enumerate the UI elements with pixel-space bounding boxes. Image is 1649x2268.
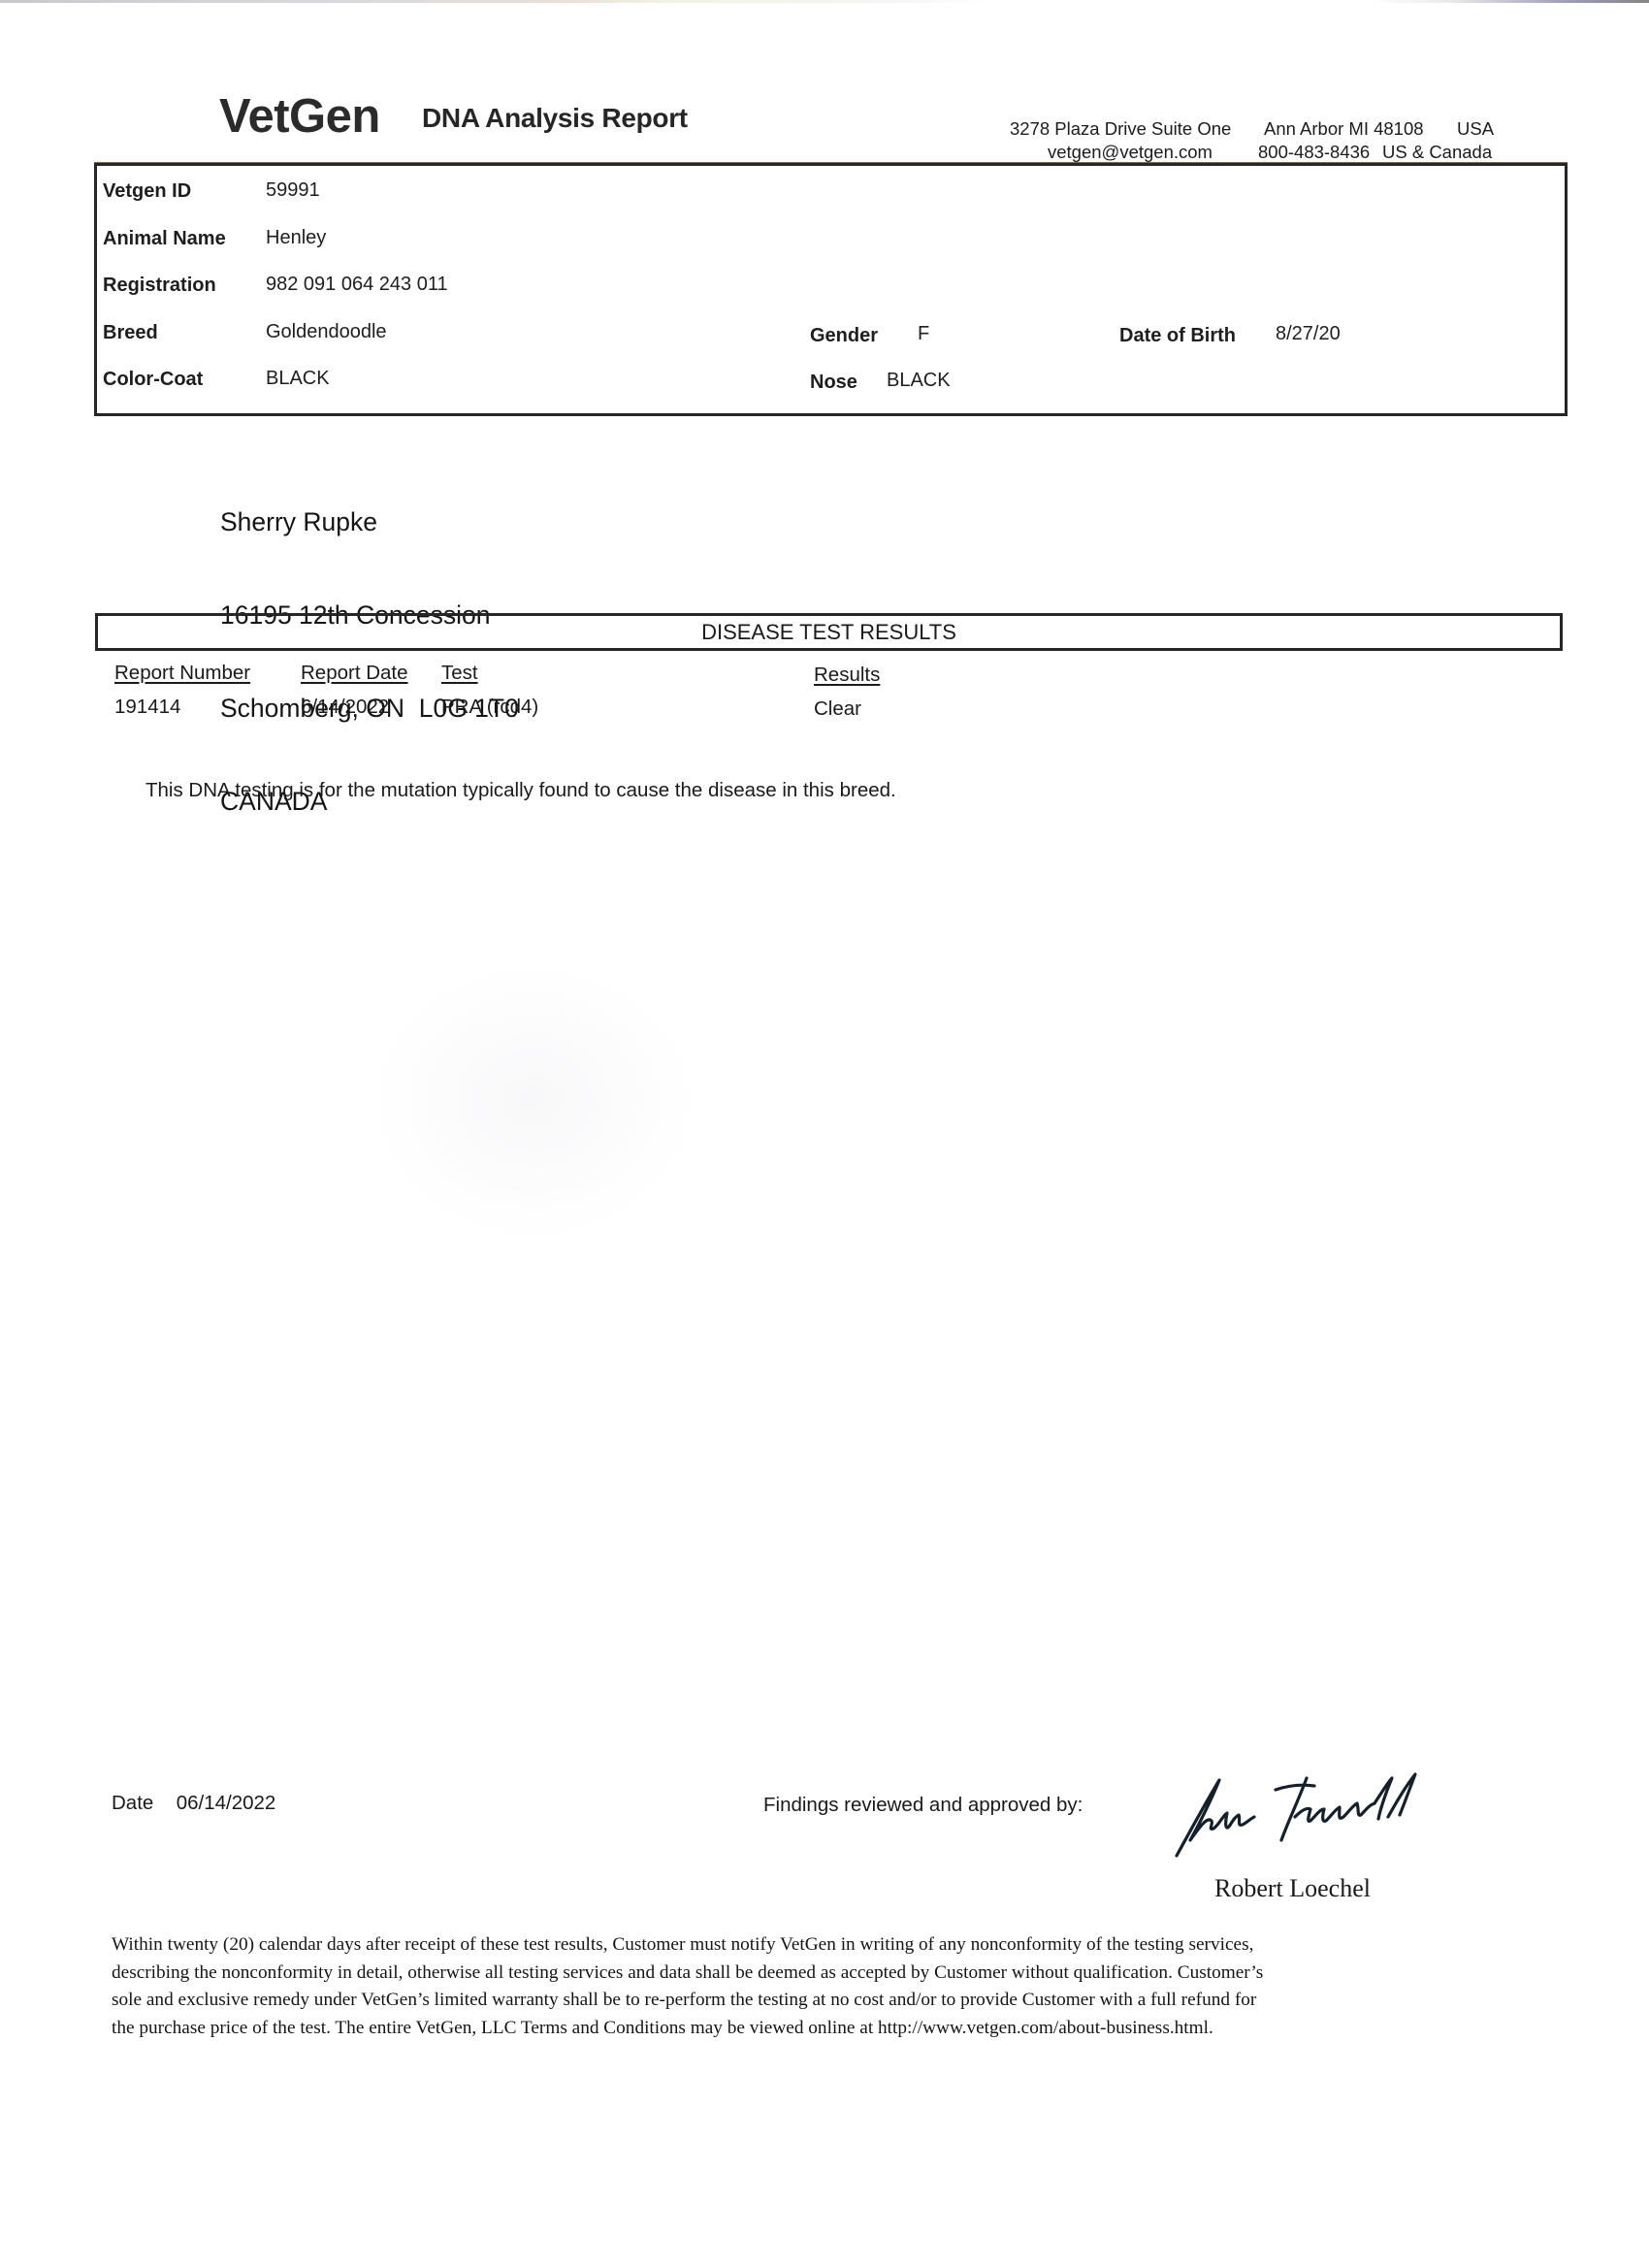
color-coat-value: BLACK: [266, 368, 330, 390]
color-coat-label: Color-Coat: [103, 369, 203, 391]
vetgen-id-value: 59991: [266, 179, 320, 202]
vetgen-id-label: Vetgen ID: [103, 180, 191, 203]
breed-label: Breed: [103, 322, 158, 344]
date-label: Date: [112, 1792, 153, 1814]
scan-artifact: [0, 0, 1649, 3]
disease-results-header: DISEASE TEST RESULTS: [95, 613, 1563, 651]
header-country: USA: [1457, 118, 1494, 140]
gender-label: Gender: [810, 325, 878, 347]
date-value: 06/14/2022: [177, 1792, 276, 1814]
legal-line: the purchase price of the test. The enti…: [112, 2015, 1411, 2043]
breed-value: Goldendoodle: [266, 321, 387, 343]
cell-report-date: 6/14/2022: [301, 696, 389, 719]
cell-report-number: 191414: [114, 696, 180, 719]
legal-line: Within twenty (20) calendar days after r…: [112, 1931, 1411, 1960]
column-test: Test: [441, 662, 478, 685]
dob-label: Date of Birth: [1119, 325, 1236, 347]
gender-value: F: [918, 323, 929, 345]
header-email: vetgen@vetgen.com: [1048, 142, 1212, 163]
findings-label: Findings reviewed and approved by:: [763, 1794, 1083, 1817]
header-phone: 800-483-8436: [1258, 142, 1370, 163]
nose-value: BLACK: [887, 370, 951, 392]
cell-test: PRA (rcd4): [441, 696, 538, 719]
column-report-number: Report Number: [114, 662, 250, 685]
report-title: DNA Analysis Report: [422, 103, 688, 134]
animal-name-value: Henley: [266, 227, 326, 249]
animal-name-label: Animal Name: [103, 228, 226, 250]
header-city: Ann Arbor MI 48108: [1264, 118, 1424, 140]
legal-line: sole and exclusive remedy under VetGen’s…: [112, 1987, 1411, 2015]
column-results: Results: [814, 664, 880, 687]
header-phone-region: US & Canada: [1382, 142, 1492, 163]
cell-result: Clear: [814, 697, 861, 721]
registration-label: Registration: [103, 275, 216, 297]
approver-name: Robert Loechel: [1214, 1874, 1371, 1903]
signature-image: [1169, 1770, 1450, 1867]
scan-smudge: [369, 960, 698, 1242]
legal-disclaimer: Within twenty (20) calendar days after r…: [112, 1931, 1411, 2043]
legal-line: describing the nonconformity in detail, …: [112, 1960, 1411, 1988]
disease-results-title: DISEASE TEST RESULTS: [98, 620, 1560, 645]
report-date-line: Date 06/14/2022: [112, 1792, 275, 1815]
vetgen-logo: VetGen: [219, 89, 380, 144]
dob-value: 8/27/20: [1276, 323, 1341, 345]
header-street: 3278 Plaza Drive Suite One: [1010, 118, 1231, 140]
registration-value: 982 091 064 243 011: [266, 274, 448, 296]
nose-label: Nose: [810, 372, 857, 394]
column-report-date: Report Date: [301, 662, 408, 685]
owner-name: Sherry Rupke: [220, 506, 519, 537]
results-note: This DNA testing is for the mutation typ…: [145, 779, 896, 802]
